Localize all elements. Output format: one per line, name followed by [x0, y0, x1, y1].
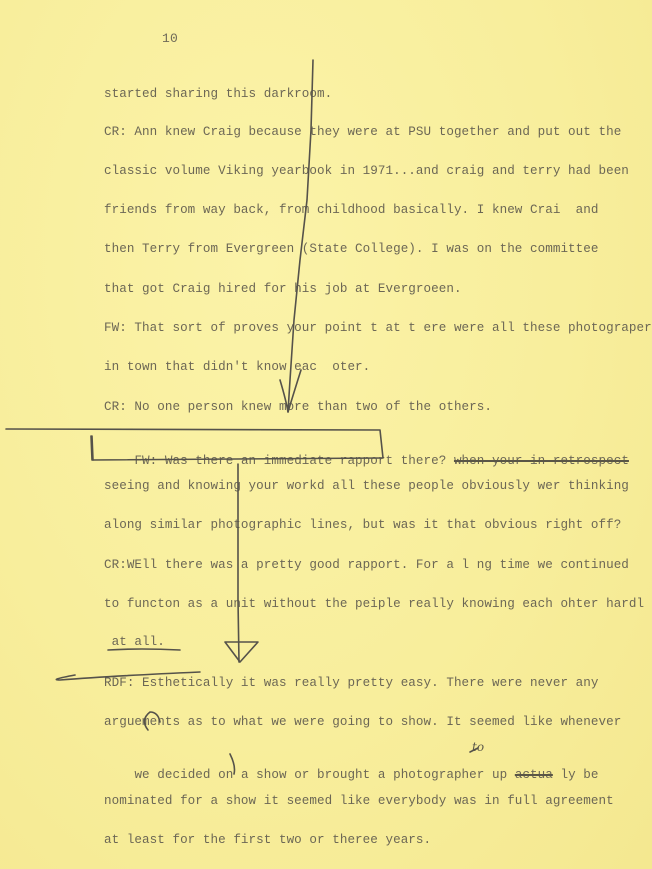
text-line: FW: That sort of proves your point t at … — [104, 321, 652, 335]
text-line: at all. — [104, 635, 165, 649]
text-line: seeing and knowing your workd all these … — [104, 479, 629, 493]
text-line: arguements as to what we were going to s… — [104, 715, 621, 729]
struck-text: when your in retrospect — [454, 454, 629, 468]
text-line: in town that didn't know eac oter. — [104, 360, 370, 374]
handwritten-insert: to — [472, 740, 484, 754]
text-line: RDF: Esthetically it was really pretty e… — [104, 676, 599, 690]
text-line: CR: No one person knew more than two of … — [104, 400, 492, 414]
triangle-arrow-icon — [225, 642, 258, 662]
line-text-after: ly be — [553, 768, 599, 782]
line-text: we decided on a show or brought a photog… — [134, 768, 514, 782]
text-line: along similar photographic lines, but wa… — [104, 518, 621, 532]
text-line: nominated for a show it seemed like ever… — [104, 794, 614, 808]
text-line: then Terry from Evergreen (State College… — [104, 242, 599, 256]
text-line: that got Craig hired for his job at Ever… — [104, 282, 462, 296]
typewritten-page: 10 started sharing this darkroom. CR: An… — [0, 0, 652, 869]
text-line: started sharing this darkroom. — [104, 87, 332, 101]
text-line: classic volume Viking yearbook in 1971..… — [104, 164, 629, 178]
boxed-question-line: FW: Was there an immediate rapport there… — [104, 440, 629, 482]
question-text: FW: Was there an immediate rapport there… — [134, 454, 454, 468]
page-number: 10 — [162, 31, 178, 46]
underline — [108, 649, 180, 650]
struck-text: actua — [515, 768, 553, 782]
text-line-with-correction: we decided on a show or brought a photog… — [104, 754, 599, 796]
text-line: CR: Ann knew Craig because they were at … — [104, 125, 621, 139]
text-line: CR:WEll there was a pretty good rapport.… — [104, 558, 629, 572]
text-line: at least for the first two or theree yea… — [104, 833, 431, 847]
text-line: to functon as a unit without the peiple … — [104, 597, 644, 611]
text-line: friends from way back, from childhood ba… — [104, 203, 599, 217]
